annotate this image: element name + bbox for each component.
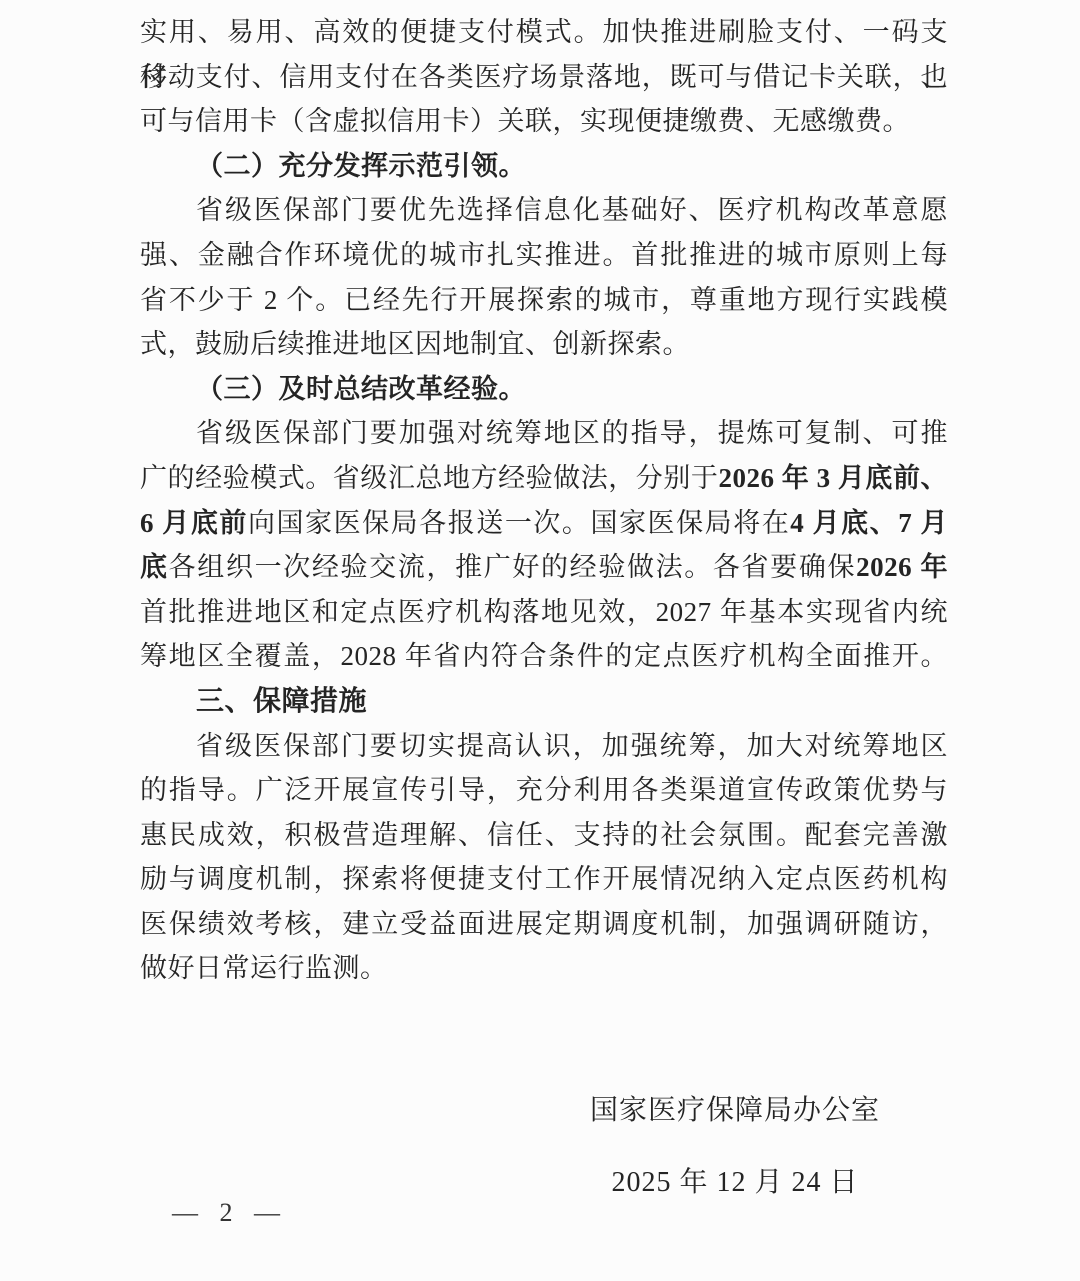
text-segment: 做好日常运行监测。 xyxy=(140,953,388,983)
section-heading: （二）充分发挥示范引领。 xyxy=(140,144,948,189)
body-line: 省级医保部门要加强对统筹地区的指导，提炼可复制、可推 xyxy=(140,411,948,456)
body-line: 省不少于 2 个。已经先行开展探索的城市，尊重地方现行实践模 xyxy=(140,278,948,323)
page-number: — 2 — xyxy=(172,1198,280,1228)
signature-org: 国家医疗保障局办公室 xyxy=(590,1090,880,1132)
body-line: 筹地区全覆盖，2028 年省内符合条件的定点医疗机构全面推开。 xyxy=(140,634,948,679)
text-segment: 的指导。广泛开展宣传引导，充分利用各类渠道宣传政策优势与 xyxy=(140,775,948,805)
text-segment: 4 月底、7 月 xyxy=(790,508,948,538)
text-segment: 强、金融合作环境优的城市扎实推进。首批推进的城市原则上每 xyxy=(140,240,948,270)
body-line: 底各组织一次经验交流，推广好的经验做法。各省要确保2026 年 xyxy=(140,545,948,590)
body-line: 做好日常运行监测。 xyxy=(140,946,948,991)
body-line: 省级医保部门要切实提高认识，加强统筹，加大对统筹地区 xyxy=(140,724,948,769)
body-line: 可与信用卡（含虚拟信用卡）关联，实现便捷缴费、无感缴费。 xyxy=(140,99,948,144)
section-heading: 三、保障措施 xyxy=(140,679,948,724)
section-heading: （三）及时总结改革经验。 xyxy=(140,367,948,412)
body-line: 广的经验模式。省级汇总地方经验做法，分别于2026 年 3 月底前、 xyxy=(140,456,948,501)
text-segment: 6 月底前 xyxy=(140,508,248,538)
text-segment: 省级医保部门要切实提高认识，加强统筹，加大对统筹地区 xyxy=(196,731,948,761)
text-segment: 省级医保部门要加强对统筹地区的指导，提炼可复制、可推 xyxy=(196,418,948,448)
signature-block: 国家医疗保障局办公室 2025 年 12 月 24 日 xyxy=(590,1090,880,1204)
body-line: 首批推进地区和定点医疗机构落地见效，2027 年基本实现省内统 xyxy=(140,590,948,635)
document-page: 实用、易用、高效的便捷支付模式。加快推进刷脸支付、一码支付、移动支付、信用支付在… xyxy=(0,0,1080,1281)
text-segment: 移动支付、信用支付在各类医疗场景落地，既可与借记卡关联，也 xyxy=(140,62,948,92)
text-segment: （三）及时总结改革经验。 xyxy=(196,374,526,404)
body-line: 移动支付、信用支付在各类医疗场景落地，既可与借记卡关联，也 xyxy=(140,55,948,100)
text-segment: 2026 年 3 月底前、 xyxy=(718,463,948,493)
text-segment: 向国家医保局各报送一次。国家医保局将在 xyxy=(248,508,790,538)
text-segment: （二）充分发挥示范引领。 xyxy=(196,151,526,181)
text-segment: 底 xyxy=(140,552,169,582)
text-segment: 可与信用卡（含虚拟信用卡）关联，实现便捷缴费、无感缴费。 xyxy=(140,106,910,136)
text-segment: 省不少于 2 个。已经先行开展探索的城市，尊重地方现行实践模 xyxy=(140,285,948,315)
body-line: 强、金融合作环境优的城市扎实推进。首批推进的城市原则上每 xyxy=(140,233,948,278)
text-segment: 省级医保部门要优先选择信息化基础好、医疗机构改革意愿 xyxy=(196,195,948,225)
body-line: 的指导。广泛开展宣传引导，充分利用各类渠道宣传政策优势与 xyxy=(140,768,948,813)
body-line: 励与调度机制，探索将便捷支付工作开展情况纳入定点医药机构 xyxy=(140,857,948,902)
body-line: 惠民成效，积极营造理解、信任、支持的社会氛围。配套完善激 xyxy=(140,813,948,858)
text-segment: 励与调度机制，探索将便捷支付工作开展情况纳入定点医药机构 xyxy=(140,864,948,894)
body-line: 医保绩效考核，建立受益面进展定期调度机制，加强调研随访， xyxy=(140,902,948,947)
text-segment: 医保绩效考核，建立受益面进展定期调度机制，加强调研随访， xyxy=(140,909,948,939)
signature-date: 2025 年 12 月 24 日 xyxy=(590,1162,880,1204)
text-segment: 三、保障措施 xyxy=(196,685,367,716)
text-segment: 2026 年 xyxy=(856,552,948,582)
body-line: 6 月底前向国家医保局各报送一次。国家医保局将在4 月底、7 月 xyxy=(140,501,948,546)
body-line: 式，鼓励后续推进地区因地制宜、创新探索。 xyxy=(140,322,948,367)
document-body: 实用、易用、高效的便捷支付模式。加快推进刷脸支付、一码支付、移动支付、信用支付在… xyxy=(0,0,1080,991)
body-line: 实用、易用、高效的便捷支付模式。加快推进刷脸支付、一码支付、 xyxy=(140,10,948,55)
body-line: 省级医保部门要优先选择信息化基础好、医疗机构改革意愿 xyxy=(140,188,948,233)
text-segment: 惠民成效，积极营造理解、信任、支持的社会氛围。配套完善激 xyxy=(140,820,948,850)
text-segment: 广的经验模式。省级汇总地方经验做法，分别于 xyxy=(140,463,718,493)
text-segment: 首批推进地区和定点医疗机构落地见效，2027 年基本实现省内统 xyxy=(140,597,948,627)
text-segment: 筹地区全覆盖，2028 年省内符合条件的定点医疗机构全面推开。 xyxy=(140,641,948,671)
text-segment: 各组织一次经验交流，推广好的经验做法。各省要确保 xyxy=(169,552,856,582)
text-segment: 式，鼓励后续推进地区因地制宜、创新探索。 xyxy=(140,329,690,359)
